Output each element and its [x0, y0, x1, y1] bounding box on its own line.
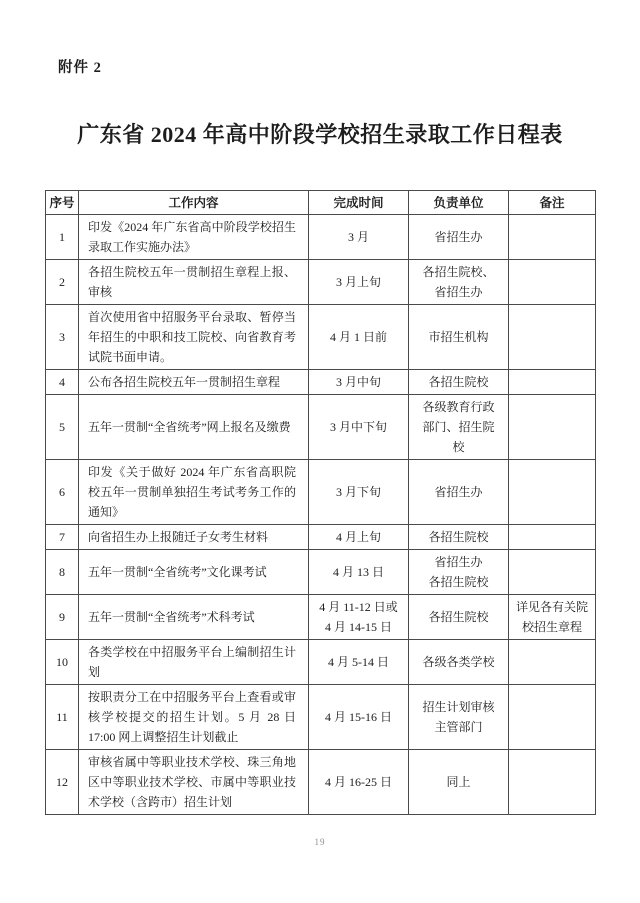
remark-cell [509, 685, 596, 750]
table-header-row: 序号工作内容完成时间负责单位备注 [46, 191, 596, 215]
completion-time-cell: 4 月 5-14 日 [309, 640, 409, 685]
remark-cell [509, 640, 596, 685]
work-content-cell: 印发《2024 年广东省高中阶段学校招生录取工作实施办法》 [79, 215, 309, 260]
table-row: 2各招生院校五年一贯制招生章程上报、审核3 月上旬各招生院校、省招生办 [46, 260, 596, 305]
attachment-label: 附件 2 [58, 56, 102, 77]
responsible-unit-cell: 各招生院校 [409, 370, 509, 395]
responsible-unit-cell: 省招生办 [409, 215, 509, 260]
schedule-table: 序号工作内容完成时间负责单位备注 1印发《2024 年广东省高中阶段学校招生录取… [45, 190, 596, 815]
table-row: 4公布各招生院校五年一贯制招生章程3 月中旬各招生院校 [46, 370, 596, 395]
row-number-cell: 7 [46, 525, 79, 550]
completion-time-cell: 4 月上旬 [309, 525, 409, 550]
work-content-cell: 按职责分工在中招服务平台上查看或审核学校提交的招生计划。5 月 28 日 17:… [79, 685, 309, 750]
row-number-cell: 8 [46, 550, 79, 595]
completion-time-cell: 3 月 [309, 215, 409, 260]
table-row: 10各类学校在中招服务平台上编制招生计划4 月 5-14 日各级各类学校 [46, 640, 596, 685]
remark-cell [509, 215, 596, 260]
row-number-cell: 4 [46, 370, 79, 395]
column-header: 完成时间 [309, 191, 409, 215]
table-body: 1印发《2024 年广东省高中阶段学校招生录取工作实施办法》3 月省招生办2各招… [46, 215, 596, 815]
responsible-unit-cell: 市招生机构 [409, 305, 509, 370]
page-title: 广东省 2024 年高中阶段学校招生录取工作日程表 [0, 118, 640, 149]
work-content-cell: 五年一贯制“全省统考”文化课考试 [79, 550, 309, 595]
completion-time-cell: 4 月 13 日 [309, 550, 409, 595]
completion-time-cell: 4 月 15-16 日 [309, 685, 409, 750]
completion-time-cell: 4 月 16-25 日 [309, 750, 409, 815]
column-header: 备注 [509, 191, 596, 215]
column-header: 工作内容 [79, 191, 309, 215]
work-content-cell: 五年一贯制“全省统考”术科考试 [79, 595, 309, 640]
row-number-cell: 6 [46, 460, 79, 525]
completion-time-cell: 4 月 11-12 日或 4 月 14-15 日 [309, 595, 409, 640]
completion-time-cell: 3 月上旬 [309, 260, 409, 305]
column-header: 序号 [46, 191, 79, 215]
work-content-cell: 审核省属中等职业技术学校、珠三角地区中等职业技术学校、市属中等职业技术学校（含跨… [79, 750, 309, 815]
table-row: 7向省招生办上报随迁子女考生材料4 月上旬各招生院校 [46, 525, 596, 550]
responsible-unit-cell: 各招生院校 [409, 525, 509, 550]
row-number-cell: 5 [46, 395, 79, 460]
row-number-cell: 2 [46, 260, 79, 305]
responsible-unit-cell: 省招生办 [409, 460, 509, 525]
table-row: 9五年一贯制“全省统考”术科考试4 月 11-12 日或 4 月 14-15 日… [46, 595, 596, 640]
remark-cell [509, 370, 596, 395]
work-content-cell: 各招生院校五年一贯制招生章程上报、审核 [79, 260, 309, 305]
completion-time-cell: 4 月 1 日前 [309, 305, 409, 370]
work-content-cell: 印发《关于做好 2024 年广东省高职院校五年一贯制单独招生考试考务工作的通知》 [79, 460, 309, 525]
remark-cell [509, 525, 596, 550]
column-header: 负责单位 [409, 191, 509, 215]
responsible-unit-cell: 各招生院校 [409, 595, 509, 640]
row-number-cell: 11 [46, 685, 79, 750]
work-content-cell: 各类学校在中招服务平台上编制招生计划 [79, 640, 309, 685]
row-number-cell: 10 [46, 640, 79, 685]
table-row: 6印发《关于做好 2024 年广东省高职院校五年一贯制单独招生考试考务工作的通知… [46, 460, 596, 525]
responsible-unit-cell: 同上 [409, 750, 509, 815]
completion-time-cell: 3 月中下旬 [309, 395, 409, 460]
table-row: 11按职责分工在中招服务平台上查看或审核学校提交的招生计划。5 月 28 日 1… [46, 685, 596, 750]
table-row: 5五年一贯制“全省统考”网上报名及缴费3 月中下旬各级教育行政部门、招生院校 [46, 395, 596, 460]
completion-time-cell: 3 月中旬 [309, 370, 409, 395]
table-row: 1印发《2024 年广东省高中阶段学校招生录取工作实施办法》3 月省招生办 [46, 215, 596, 260]
row-number-cell: 3 [46, 305, 79, 370]
work-content-cell: 公布各招生院校五年一贯制招生章程 [79, 370, 309, 395]
table-row: 12审核省属中等职业技术学校、珠三角地区中等职业技术学校、市属中等职业技术学校（… [46, 750, 596, 815]
responsible-unit-cell: 各级教育行政部门、招生院校 [409, 395, 509, 460]
remark-cell [509, 750, 596, 815]
responsible-unit-cell: 各级各类学校 [409, 640, 509, 685]
remark-cell [509, 395, 596, 460]
remark-cell [509, 305, 596, 370]
work-content-cell: 向省招生办上报随迁子女考生材料 [79, 525, 309, 550]
work-content-cell: 首次使用省中招服务平台录取、暂停当年招生的中职和技工院校、向省教育考试院书面申请… [79, 305, 309, 370]
row-number-cell: 12 [46, 750, 79, 815]
remark-cell [509, 260, 596, 305]
responsible-unit-cell: 省招生办 各招生院校 [409, 550, 509, 595]
work-content-cell: 五年一贯制“全省统考”网上报名及缴费 [79, 395, 309, 460]
remark-cell: 详见各有关院校招生章程 [509, 595, 596, 640]
page-number: 19 [0, 837, 640, 847]
table-row: 3首次使用省中招服务平台录取、暂停当年招生的中职和技工院校、向省教育考试院书面申… [46, 305, 596, 370]
table-row: 8五年一贯制“全省统考”文化课考试4 月 13 日省招生办 各招生院校 [46, 550, 596, 595]
responsible-unit-cell: 招生计划审核主管部门 [409, 685, 509, 750]
responsible-unit-cell: 各招生院校、省招生办 [409, 260, 509, 305]
remark-cell [509, 550, 596, 595]
row-number-cell: 9 [46, 595, 79, 640]
table-header: 序号工作内容完成时间负责单位备注 [46, 191, 596, 215]
row-number-cell: 1 [46, 215, 79, 260]
remark-cell [509, 460, 596, 525]
completion-time-cell: 3 月下旬 [309, 460, 409, 525]
